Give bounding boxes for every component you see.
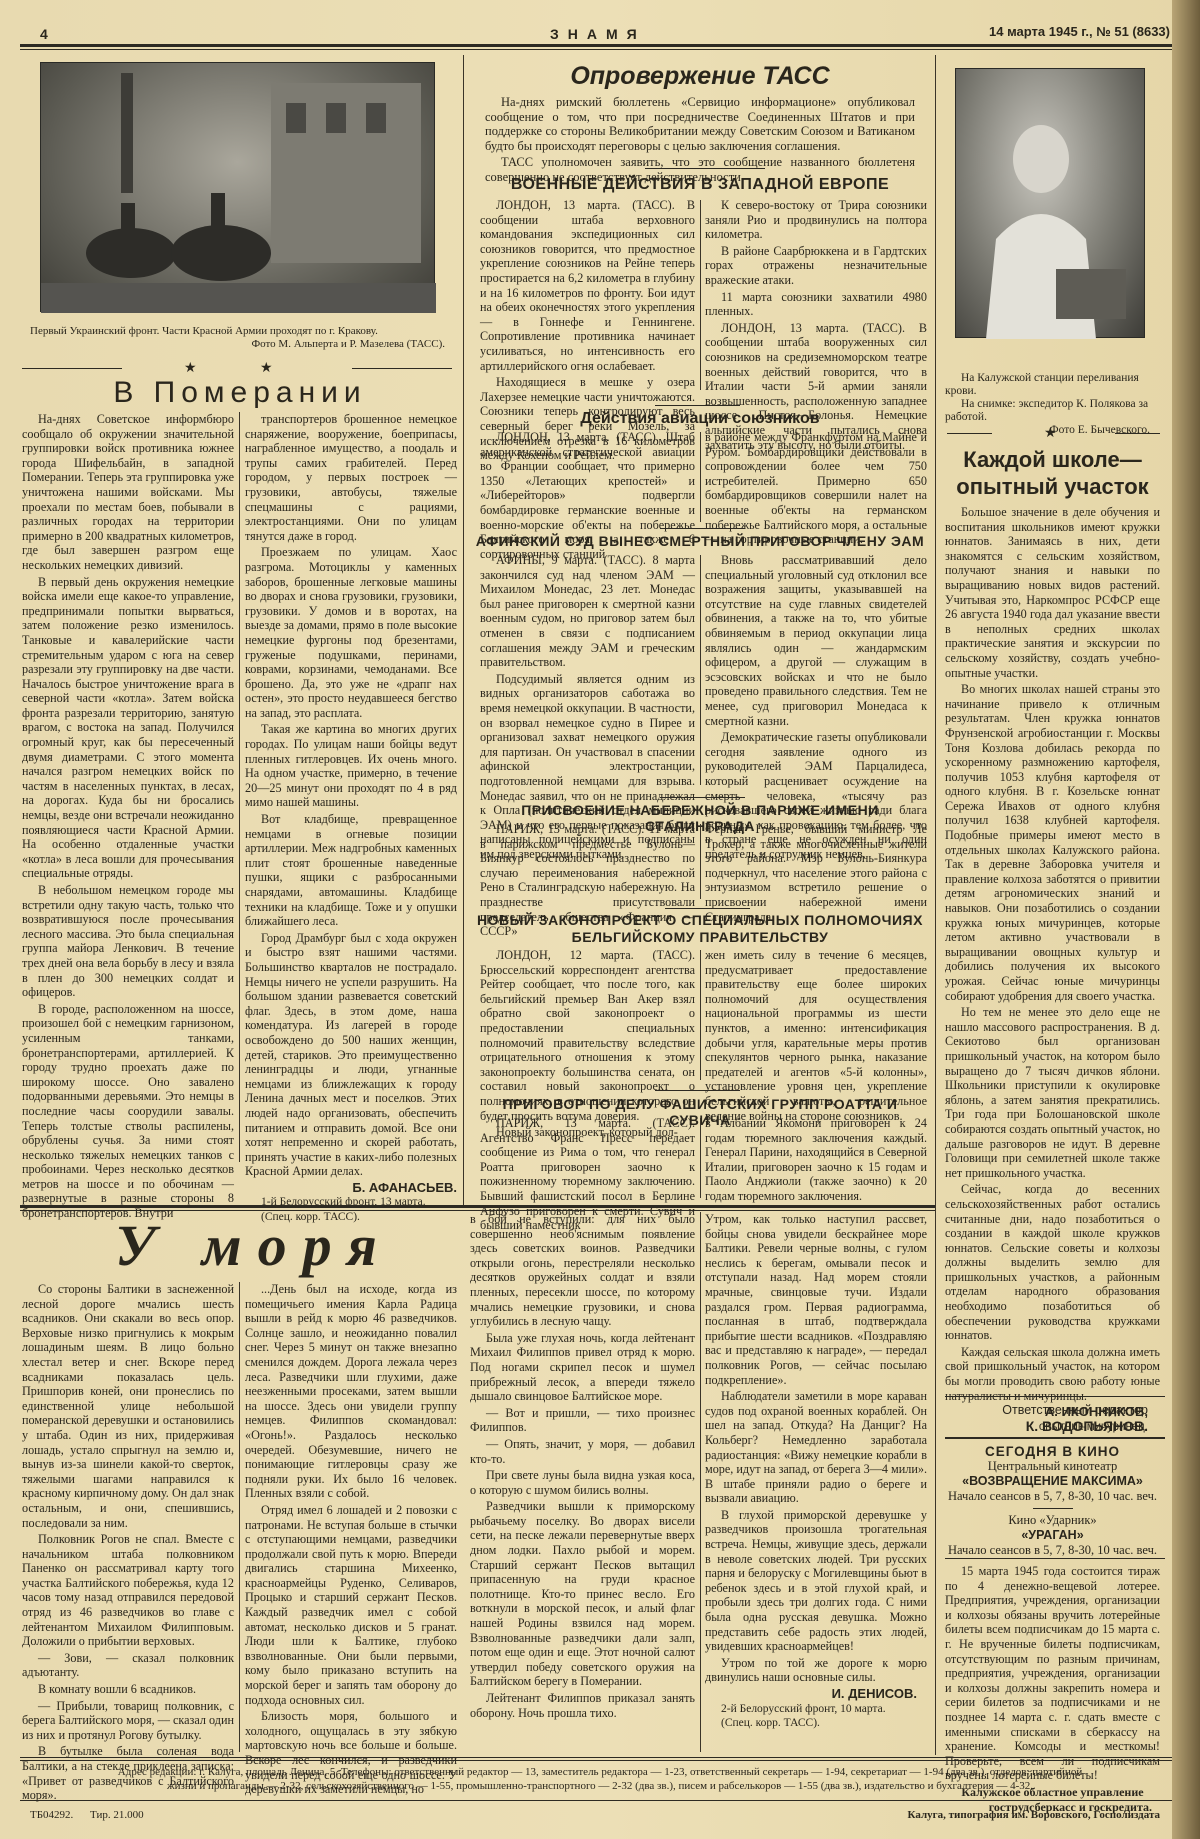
newspaper-page: 4 ЗНАМЯ 14 марта 1945 г., № 51 (8633) Пе… (0, 0, 1200, 1839)
stalingrad-col2: Фернан Гренье, бывший министр Ле Трокер,… (705, 822, 927, 926)
issue-date: 14 марта 1945 г., № 51 (8633) (989, 24, 1170, 39)
editor-block: Ответственный редактор К. ВОДОПЬЯНОВ. (945, 1402, 1160, 1434)
print-code: ТБ04292. (30, 1809, 73, 1821)
divider (665, 908, 750, 909)
editorial-address: Адрес редакции: г. Калуга, площадь Ленин… (30, 1765, 1170, 1793)
paragraph: Утром, как только наступил рассвет, бойц… (705, 1212, 927, 1387)
photo-krakow-caption: Первый Украинский фронт. Части Красной А… (30, 325, 445, 351)
paragraph: АФИНЫ, 9 марта. (ТАСС). 8 марта закончил… (480, 553, 695, 670)
paragraph: ...День был на исходе, когда из помещичь… (245, 1282, 457, 1501)
column-rule (239, 412, 240, 1162)
divider (655, 1090, 740, 1091)
paragraph: Со стороны Балтики в заснеженной лесной … (22, 1282, 234, 1530)
divider (945, 1558, 1165, 1559)
address-line: Адрес редакции: г. Калуга, площадь Ленин… (30, 1765, 1170, 1779)
footer-rule (20, 1757, 1172, 1761)
header-rule (20, 44, 1172, 50)
column-rule (700, 555, 701, 785)
headline-aviation: Действия авиации союзников (470, 410, 930, 428)
paragraph: в бой не вступили: для них было совершен… (470, 1212, 695, 1329)
tass-denial-body: На-днях римский бюллетень «Сервицио инфо… (485, 95, 915, 187)
aviation-col2: в районе между Франкфуртом на Майне и Ру… (705, 430, 927, 549)
star-icon: ★ (1044, 425, 1057, 442)
paragraph: транспортеров брошенное немецкое снаряже… (245, 412, 457, 543)
roatta-col2: в Албании Якомони приговорен к 24 годам … (705, 1116, 927, 1206)
divider (947, 433, 992, 434)
portrait-illustration-icon (956, 69, 1146, 339)
column-rule (935, 55, 936, 1755)
paragraph: В небольшом немецком городе мы встретили… (22, 883, 234, 1000)
photo-kaluga-blood-station (955, 68, 1145, 338)
paragraph: Наблюдатели заметили в море караван судо… (705, 1389, 927, 1506)
photo-krakow-cavalry (40, 62, 435, 312)
paragraph: Большое значение в деле обучения и воспи… (945, 505, 1160, 680)
headline-line: опытный участок (945, 473, 1160, 500)
showtimes: Начало сеансов в 5, 7, 8-30, 10 час. веч… (945, 1489, 1160, 1504)
cinema-venue: Кино «Ударник» (945, 1513, 1160, 1528)
divider (660, 797, 745, 798)
paragraph: Но тем не менее это дело еще не нашло ма… (945, 1005, 1160, 1180)
divider (945, 1437, 1165, 1439)
print-info: ТБ04292. Тир. 21.000 (30, 1808, 144, 1822)
paragraph: ЛОНДОН, 13 марта. (ТАСС). В сообщении шт… (480, 198, 695, 373)
paragraph: В глухой приморской деревушке у разведчи… (705, 1508, 927, 1654)
footer-rule (20, 1800, 1172, 1801)
headline-athens: АФИНСКИЙ СУД ВЫНЕС СМЕРТНЫЙ ПРИГОВОР ЧЛЕ… (470, 533, 930, 549)
sea-col2: ...День был на исходе, когда из помещичь… (245, 1282, 457, 1799)
dateline: 2-й Белорусский фронт, 10 марта. (705, 1702, 927, 1717)
paragraph: в Албании Якомони приговорен к 24 годам … (705, 1116, 927, 1204)
divider (22, 368, 122, 369)
paragraph: Город Драмбург был с хода окружен и быст… (245, 931, 457, 1179)
pomerania-col2: транспортеров брошенное немецкое снаряже… (245, 412, 457, 1225)
sea-col4: Утром, как только наступил рассвет, бойц… (705, 1212, 927, 1731)
headline-belgium: НОВЫЙ ЗАКОНОПРОЕКТ О СПЕЦИАЛЬНЫХ ПОЛНОМО… (470, 912, 930, 946)
paragraph: Лейтенант Филиппов приказал занять оборо… (470, 1691, 695, 1720)
paragraph: В городе, расположенном на шоссе, произо… (22, 1002, 234, 1221)
divider (352, 368, 452, 369)
headline-line: БЕЛЬГИЙСКОМУ ПРАВИТЕЛЬСТВУ (470, 929, 930, 946)
address-line: жизни и пропаганды — 2-32, сельскохозяйс… (30, 1779, 1170, 1793)
paragraph: — Зови, — сказал полковник адъютанту. (22, 1651, 234, 1680)
paragraph: На-днях Советское информбюро сообщало об… (22, 412, 234, 573)
headline-western-europe: ВОЕННЫЕ ДЕЙСТВИЯ В ЗАПАДНОЙ ЕВРОПЕ (470, 176, 930, 194)
paragraph: Сейчас, когда до весенних сельскохозяйст… (945, 1182, 1160, 1343)
column-rule (700, 1118, 701, 1198)
divider (945, 1396, 1165, 1397)
paragraph: — Опять, значит, у моря, — добавил кто-т… (470, 1437, 695, 1466)
cinema-venue: Центральный кинотеатр (945, 1459, 1160, 1474)
divider (660, 528, 745, 529)
editor-name: К. ВОДОПЬЯНОВ. (945, 1418, 1148, 1434)
divider (1115, 433, 1160, 434)
newspaper-title: ЗНАМЯ (550, 26, 646, 42)
paragraph: К северо-востоку от Трира союзники занял… (705, 198, 927, 242)
caption-line: Первый Украинский фронт. Части Красной А… (30, 325, 445, 338)
showtimes: Начало сеансов в 5, 7, 8-30, 10 час. веч… (945, 1543, 1160, 1558)
author-denisov: И. ДЕНИСОВ. (705, 1687, 927, 1702)
film-title: «ВОЗВРАЩЕНИЕ МАКСИМА» (945, 1474, 1160, 1489)
headline-school-plot: Каждой школе— опытный участок (945, 446, 1160, 500)
paragraph: в районе между Франкфуртом на Майне и Ру… (705, 430, 927, 547)
paragraph: Проезжаем по улицам. Хаос разгрома. Мото… (245, 545, 457, 720)
paragraph: Разведчики вышли к приморскому рыбачьему… (470, 1499, 695, 1689)
cinema-title: СЕГОДНЯ В КИНО (945, 1444, 1160, 1459)
paragraph: Полковник Рогов не спал. Вместе с началь… (22, 1532, 234, 1649)
paragraph: На-днях римский бюллетень «Сервицио инфо… (485, 95, 915, 153)
paragraph: Вот кладбище, превращенное немцами в огн… (245, 812, 457, 929)
page-number: 4 (40, 26, 48, 42)
section-rule (20, 1205, 935, 1211)
paragraph: Была уже глухая ночь, когда лейтенант Ми… (470, 1331, 695, 1404)
headline-by-the-sea: У моря (115, 1212, 393, 1279)
star-icon: ★ (260, 360, 273, 377)
column-rule (700, 432, 701, 522)
divider (655, 405, 740, 406)
column-rule (700, 950, 701, 1080)
film-title: «УРАГАН» (945, 1528, 1160, 1543)
pomerania-col1: На-днях Советское информбюро сообщало об… (22, 412, 234, 1223)
paragraph: Вновь рассматривавший дело специальный у… (705, 553, 927, 728)
column-rule (700, 1212, 701, 1752)
paragraph: В районе Саарбрюккена и в Гардтских гора… (705, 244, 927, 288)
divider (1033, 1508, 1073, 1509)
paragraph: В первый день окружения немецкие войска … (22, 575, 234, 881)
headline-tass-denial: Опровержение ТАСС (470, 62, 930, 91)
printer-info: Калуга, типография им. Воровского, Госпо… (908, 1808, 1160, 1822)
paragraph: — Прибыли, товарищ полковник, с берега Б… (22, 1699, 234, 1743)
paragraph: Такая же картина во многих других города… (245, 722, 457, 810)
paragraph: Утром по той же дороге к морю двинулись … (705, 1656, 927, 1685)
circulation: Тир. 21.000 (90, 1809, 144, 1821)
editor-label: Ответственный редактор (945, 1402, 1148, 1418)
source: (Спец. корр. ТАСС). (705, 1716, 927, 1731)
paragraph: — Вот и пришли, — тихо произнес Филиппов… (470, 1406, 695, 1435)
headline-pomerania: В Померании (30, 376, 450, 410)
caption-line: На снимке: экспедитор К. Полякова за раб… (945, 398, 1160, 424)
photo-credit: Фото М. Альперта и Р. Мазелева (ТАСС). (30, 338, 445, 351)
column-rule (239, 1282, 240, 1752)
star-icon: ★ (184, 360, 197, 377)
column-rule (463, 55, 464, 1205)
cavalry-illustration-icon (41, 63, 436, 313)
paragraph: При свете луны была видна узкая коса, о … (470, 1468, 695, 1497)
paragraph: В комнату вошли 6 всадников. (22, 1682, 234, 1697)
author-afanasyev: Б. АФАНАСЬЕВ. (245, 1181, 457, 1196)
headline-line: Каждой школе— (945, 446, 1160, 473)
page-edge-shadow (1172, 0, 1200, 1839)
paragraph: Отряд имел 6 лошадей и 2 повозки с патро… (245, 1503, 457, 1707)
cinema-block: СЕГОДНЯ В КИНО Центральный кинотеатр «ВО… (945, 1444, 1160, 1558)
paragraph: 15 марта 1945 года состоится тираж по 4 … (945, 1564, 1160, 1783)
column-rule (700, 824, 701, 899)
school-body: Большое значение в деле обучения и воспи… (945, 505, 1160, 1434)
paragraph: 11 марта союзники захватили 4980 пленных… (705, 290, 927, 319)
headline-line: НОВЫЙ ЗАКОНОПРОЕКТ О СПЕЦИАЛЬНЫХ ПОЛНОМО… (470, 912, 930, 929)
column-rule (700, 200, 701, 390)
paragraph: Каждая сельская школа должна иметь свой … (945, 1345, 1160, 1403)
sea-col1: Со стороны Балтики в заснеженной лесной … (22, 1282, 234, 1805)
paragraph: Во многих школах нашей страны это начина… (945, 682, 1160, 1003)
sea-col3: в бой не вступили: для них было совершен… (470, 1212, 695, 1722)
ornament-divider (645, 168, 765, 169)
caption-line: На Калужской станции переливания крови. (945, 372, 1160, 398)
